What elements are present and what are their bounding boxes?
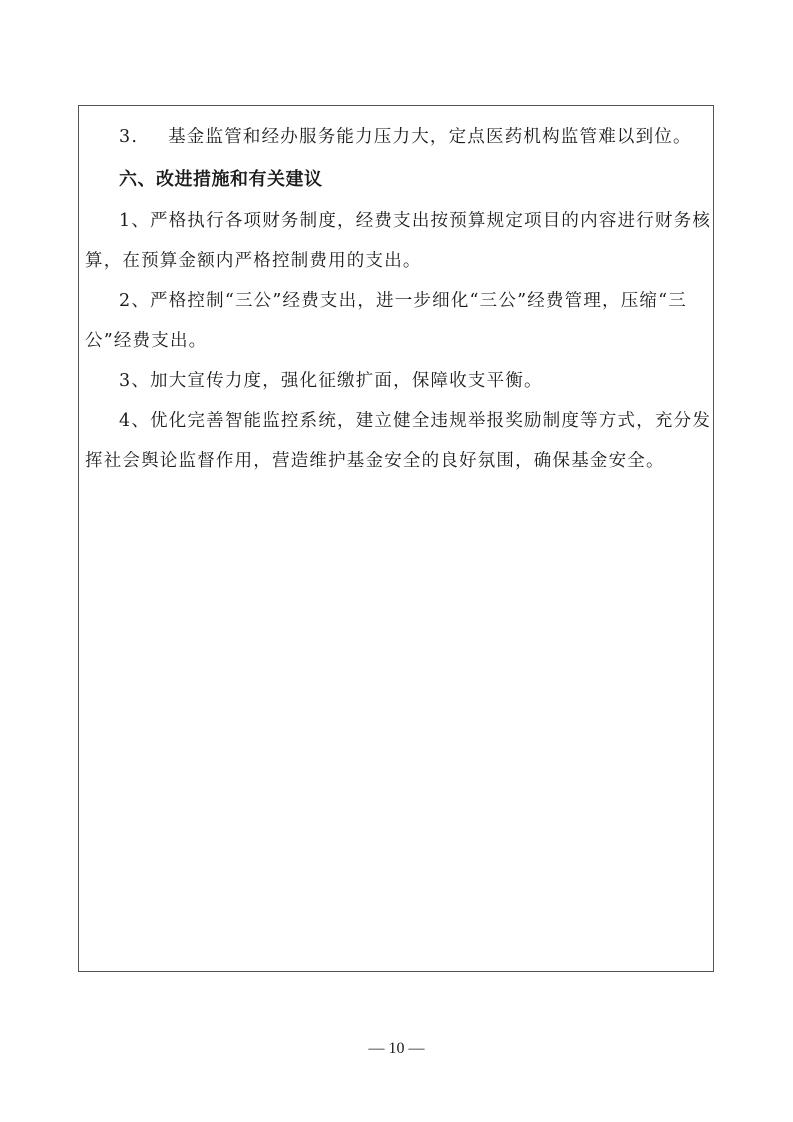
measure-1-line-2: 算，在预算金额内严格控制费用的支出。 bbox=[85, 247, 422, 272]
item-text: 基金监管和经办服务能力压力大，定点医药机构监管难以到位。 bbox=[168, 127, 692, 147]
measure-2-line-1: 2、严格控制“三公”经费支出，进一步细化“三公”经费管理，压缩“三 bbox=[119, 287, 687, 312]
measure-3-line-1: 3、加大宣传力度，强化征缴扩面，保障收支平衡。 bbox=[119, 367, 543, 392]
measure-2-line-2: 公”经费支出。 bbox=[85, 327, 207, 352]
content-table-cell: 3.基金监管和经办服务能力压力大，定点医药机构监管难以到位。 六、改进措施和有关… bbox=[78, 105, 714, 972]
item-number: 3. bbox=[119, 127, 138, 147]
problem-item-3: 3.基金监管和经办服务能力压力大，定点医药机构监管难以到位。 bbox=[119, 123, 692, 148]
section-heading: 六、改进措施和有关建议 bbox=[119, 165, 323, 191]
measure-4-line-2: 挥社会舆论监督作用，营造维护基金安全的良好氛围，确保基金安全。 bbox=[85, 447, 665, 472]
measure-4-line-1: 4、优化完善智能监控系统，建立健全违规举报奖励制度等方式，充分发 bbox=[119, 407, 711, 432]
measure-1-line-1: 1、严格执行各项财务制度，经费支出按预算规定项目的内容进行财务核 bbox=[119, 207, 711, 232]
page-number: — 10 — bbox=[0, 1040, 793, 1058]
